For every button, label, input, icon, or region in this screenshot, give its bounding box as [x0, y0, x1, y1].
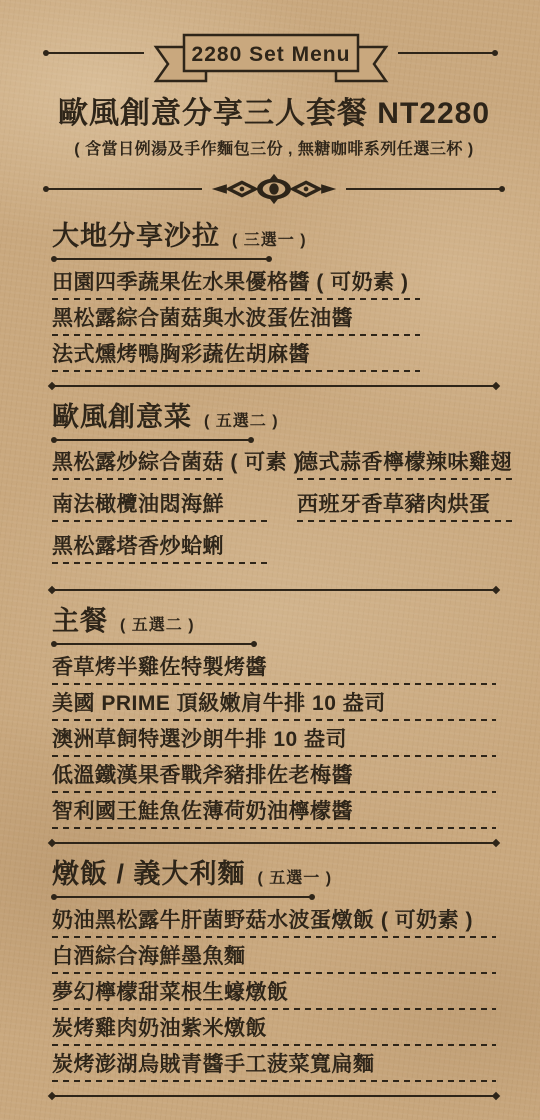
- fleuron-icon: [208, 172, 340, 206]
- section-creative: 歐風創意菜 ( 五選二 ) 黑松露炒綜合菌菇 ( 可素 ) 南法橄欖油悶海鮮 黑…: [52, 401, 496, 576]
- banner: 2280 Set Menu: [44, 31, 497, 89]
- section-note: ( 五選二 ): [120, 612, 195, 635]
- menu-item: 智利國王鮭魚佐薄荷奶油檸檬醬: [52, 799, 496, 829]
- section-title: 歐風創意菜: [52, 401, 192, 433]
- item-label: 低溫鐵漢果香戰斧豬排佐老梅醬: [52, 763, 496, 788]
- ribbon-label: 2280 Set Menu: [191, 43, 350, 66]
- section-divider: [50, 385, 498, 387]
- item-divider-dashed: [52, 719, 496, 721]
- menu-item: 法式燻烤鴨胸彩蔬佐胡麻醬: [52, 342, 496, 372]
- menu-item: 低溫鐵漢果香戰斧豬排佐老梅醬: [52, 763, 496, 793]
- item-label: 炭烤雞肉奶油紫米燉飯: [52, 1016, 496, 1041]
- section-risotto-pasta: 燉飯 / 義大利麵 ( 五選一 ) 奶油黑松露牛肝菌野菇水波蛋燉飯 ( 可奶素 …: [52, 858, 496, 1082]
- item-label: 德式蒜香檸檬辣味雞翅: [297, 450, 512, 475]
- section-head: 歐風創意菜 ( 五選二 ): [52, 401, 496, 433]
- section-mains: 主餐 ( 五選二 ) 香草烤半雞佐特製烤醬 美國 PRIME 頂級嫩肩牛排 10…: [52, 605, 496, 829]
- menu-item: 美國 PRIME 頂級嫩肩牛排 10 盎司: [52, 691, 496, 721]
- ornament-divider: [44, 172, 504, 206]
- item-label: 黑松露塔香炒蛤蜊: [52, 534, 285, 559]
- menu-item: 夢幻檸檬甜菜根生蠔燉飯: [52, 980, 496, 1010]
- item-label: 南法橄欖油悶海鮮: [52, 492, 285, 517]
- menu-item: 黑松露塔香炒蛤蜊: [52, 534, 285, 564]
- menu-item: 田園四季蔬果佐水果優格醬 ( 可奶素 ): [52, 270, 496, 300]
- item-divider-dashed: [52, 1080, 496, 1082]
- menu-root: 2280 Set Menu 歐風創意分享三人套餐 NT2280 ( 含當日例湯及…: [0, 0, 540, 1120]
- banner-line-right: [398, 52, 498, 54]
- ornament-line-left: [44, 188, 202, 190]
- item-divider-dashed: [297, 520, 512, 522]
- item-divider-dashed: [52, 1044, 496, 1046]
- item-label: 炭烤澎湖烏賊青醬手工菠菜寬扁麵: [52, 1052, 496, 1077]
- item-divider-dashed: [52, 298, 420, 300]
- menu-item: 德式蒜香檸檬辣味雞翅: [297, 450, 512, 480]
- item-divider-dashed: [297, 478, 512, 480]
- menu-title: 歐風創意分享三人套餐 NT2280: [52, 96, 496, 132]
- section-head: 主餐 ( 五選二 ): [52, 605, 496, 637]
- item-label: 田園四季蔬果佐水果優格醬 ( 可奶素 ): [52, 270, 496, 295]
- section-items: 田園四季蔬果佐水果優格醬 ( 可奶素 ) 黑松露綜合菌菇與水波蛋佐油醬 法式燻烤…: [52, 270, 496, 372]
- menu-item: 炭烤雞肉奶油紫米燉飯: [52, 1016, 496, 1046]
- section-note: ( 五選二 ): [204, 408, 279, 431]
- item-label: 黑松露炒綜合菌菇 ( 可素 ): [52, 450, 285, 475]
- item-divider-dashed: [52, 936, 496, 938]
- section-title: 燉飯 / 義大利麵: [52, 858, 246, 890]
- section-underline: [52, 643, 255, 645]
- menu-item: 澳洲草飼特選沙朗牛排 10 盎司: [52, 727, 496, 757]
- menu-item: 西班牙香草豬肉烘蛋: [297, 492, 512, 522]
- section-divider: [50, 842, 498, 844]
- section-title: 大地分享沙拉: [52, 220, 220, 252]
- section-columns: 黑松露炒綜合菌菇 ( 可素 ) 南法橄欖油悶海鮮 黑松露塔香炒蛤蜊 德式蒜香檸檬…: [52, 450, 496, 576]
- section-head: 燉飯 / 義大利麵 ( 五選一 ): [52, 858, 496, 890]
- menu-item: 炭烤澎湖烏賊青醬手工菠菜寬扁麵: [52, 1052, 496, 1082]
- menu-item: 黑松露炒綜合菌菇 ( 可素 ): [52, 450, 285, 480]
- ribbon-banner-icon: 2280 Set Menu: [146, 31, 396, 89]
- item-label: 奶油黑松露牛肝菌野菇水波蛋燉飯 ( 可奶素 ): [52, 908, 496, 933]
- item-divider-dashed: [52, 755, 496, 757]
- item-divider-dashed: [52, 370, 420, 372]
- item-divider-dashed: [52, 478, 228, 480]
- menu-item: 白酒綜合海鮮墨魚麵: [52, 944, 496, 974]
- section-divider: [50, 589, 498, 591]
- menu-item: 黑松露綜合菌菇與水波蛋佐油醬: [52, 306, 496, 336]
- item-label: 法式燻烤鴨胸彩蔬佐胡麻醬: [52, 342, 496, 367]
- ornament-line-right: [346, 188, 504, 190]
- section-divider: [50, 1095, 498, 1097]
- item-divider-dashed: [52, 334, 420, 336]
- item-label: 白酒綜合海鮮墨魚麵: [52, 944, 496, 969]
- section-salad: 大地分享沙拉 ( 三選一 ) 田園四季蔬果佐水果優格醬 ( 可奶素 ) 黑松露綜…: [52, 220, 496, 372]
- section-note: ( 五選一 ): [258, 865, 333, 888]
- item-divider-dashed: [52, 791, 496, 793]
- section-underline: [52, 896, 313, 898]
- column-left: 黑松露炒綜合菌菇 ( 可素 ) 南法橄欖油悶海鮮 黑松露塔香炒蛤蜊: [52, 450, 285, 576]
- item-divider-dashed: [52, 683, 496, 685]
- item-label: 黑松露綜合菌菇與水波蛋佐油醬: [52, 306, 496, 331]
- banner-line-left: [44, 52, 144, 54]
- item-label: 智利國王鮭魚佐薄荷奶油檸檬醬: [52, 799, 496, 824]
- item-label: 香草烤半雞佐特製烤醬: [52, 655, 496, 680]
- section-note: ( 三選一 ): [232, 227, 307, 250]
- section-items: 奶油黑松露牛肝菌野菇水波蛋燉飯 ( 可奶素 ) 白酒綜合海鮮墨魚麵 夢幻檸檬甜菜…: [52, 908, 496, 1082]
- section-items: 香草烤半雞佐特製烤醬 美國 PRIME 頂級嫩肩牛排 10 盎司 澳洲草飼特選沙…: [52, 655, 496, 829]
- menu-item: 南法橄欖油悶海鮮: [52, 492, 285, 522]
- section-title: 主餐: [52, 605, 108, 637]
- item-label: 夢幻檸檬甜菜根生蠔燉飯: [52, 980, 496, 1005]
- item-divider-dashed: [52, 827, 496, 829]
- item-divider-dashed: [52, 520, 268, 522]
- menu-subtitle: ( 含當日例湯及手作麵包三份 , 無糖咖啡系列任選三杯 ): [52, 140, 496, 159]
- item-label: 美國 PRIME 頂級嫩肩牛排 10 盎司: [52, 691, 496, 716]
- item-label: 澳洲草飼特選沙朗牛排 10 盎司: [52, 727, 496, 752]
- section-underline: [52, 258, 270, 260]
- menu-item: 香草烤半雞佐特製烤醬: [52, 655, 496, 685]
- section-underline: [52, 439, 252, 441]
- column-right: 德式蒜香檸檬辣味雞翅 西班牙香草豬肉烘蛋: [285, 450, 512, 576]
- item-label: 西班牙香草豬肉烘蛋: [297, 492, 512, 517]
- item-divider-dashed: [52, 972, 496, 974]
- item-divider-dashed: [52, 562, 268, 564]
- section-head: 大地分享沙拉 ( 三選一 ): [52, 220, 496, 252]
- item-divider-dashed: [52, 1008, 496, 1010]
- menu-item: 奶油黑松露牛肝菌野菇水波蛋燉飯 ( 可奶素 ): [52, 908, 496, 938]
